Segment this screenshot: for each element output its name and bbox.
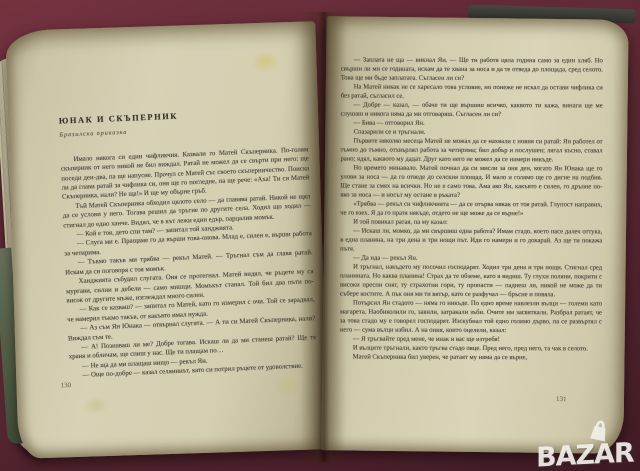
page-stain	[83, 396, 110, 415]
right-page: — Заплата не ща — викнал Ян. — Ще ти раб…	[321, 16, 628, 454]
paragraph: — Заплата не ща — викнал Ян. — Ще ти раб…	[341, 55, 603, 83]
page-number-right: 131	[556, 395, 567, 403]
paragraph: Но времето минавало. Матей почнал да си …	[340, 163, 602, 200]
paragraph: — Добре — казал, — обаче ти ще вършиш вс…	[341, 100, 603, 119]
page-number-left: 130	[60, 381, 71, 389]
book-photo: ЮНАК И СКЪПЕРНИК Бразилска приказка Имал…	[0, 0, 640, 471]
paragraph: Първите няколко месеца Матей не можал да…	[340, 136, 602, 164]
left-page-text: ЮНАК И СКЪПЕРНИК Бразилска приказка Имал…	[59, 106, 318, 381]
paragraph: «Трябва — рекъл си чифликчията — да се о…	[340, 199, 602, 218]
right-page-text: — Заплата не ща — викнал Ян. — Ще ти раб…	[340, 55, 603, 362]
paragraph: Потърсил Ян стадото — няма го никъде. По…	[340, 298, 602, 335]
page-stain	[271, 374, 306, 399]
paragraph: На Матей никак не се харесало това услов…	[341, 82, 603, 101]
page-stain	[250, 50, 281, 73]
paragraph: Матей Скъперника бил уверен, че ратаят м…	[340, 352, 602, 362]
shopping-bag-icon	[585, 416, 614, 444]
paragraph: — Искаш ли, момко, да ми свършиш една ра…	[340, 226, 602, 254]
watermark-text: BAZAR	[536, 437, 634, 471]
paragraph: И тръгнал, накъдето му посочил господаря…	[340, 262, 602, 299]
left-page: ЮНАК И СКЪПЕРНИК Бразилска приказка Имал…	[5, 21, 328, 459]
bazar-watermark: BAZAR	[512, 425, 638, 471]
